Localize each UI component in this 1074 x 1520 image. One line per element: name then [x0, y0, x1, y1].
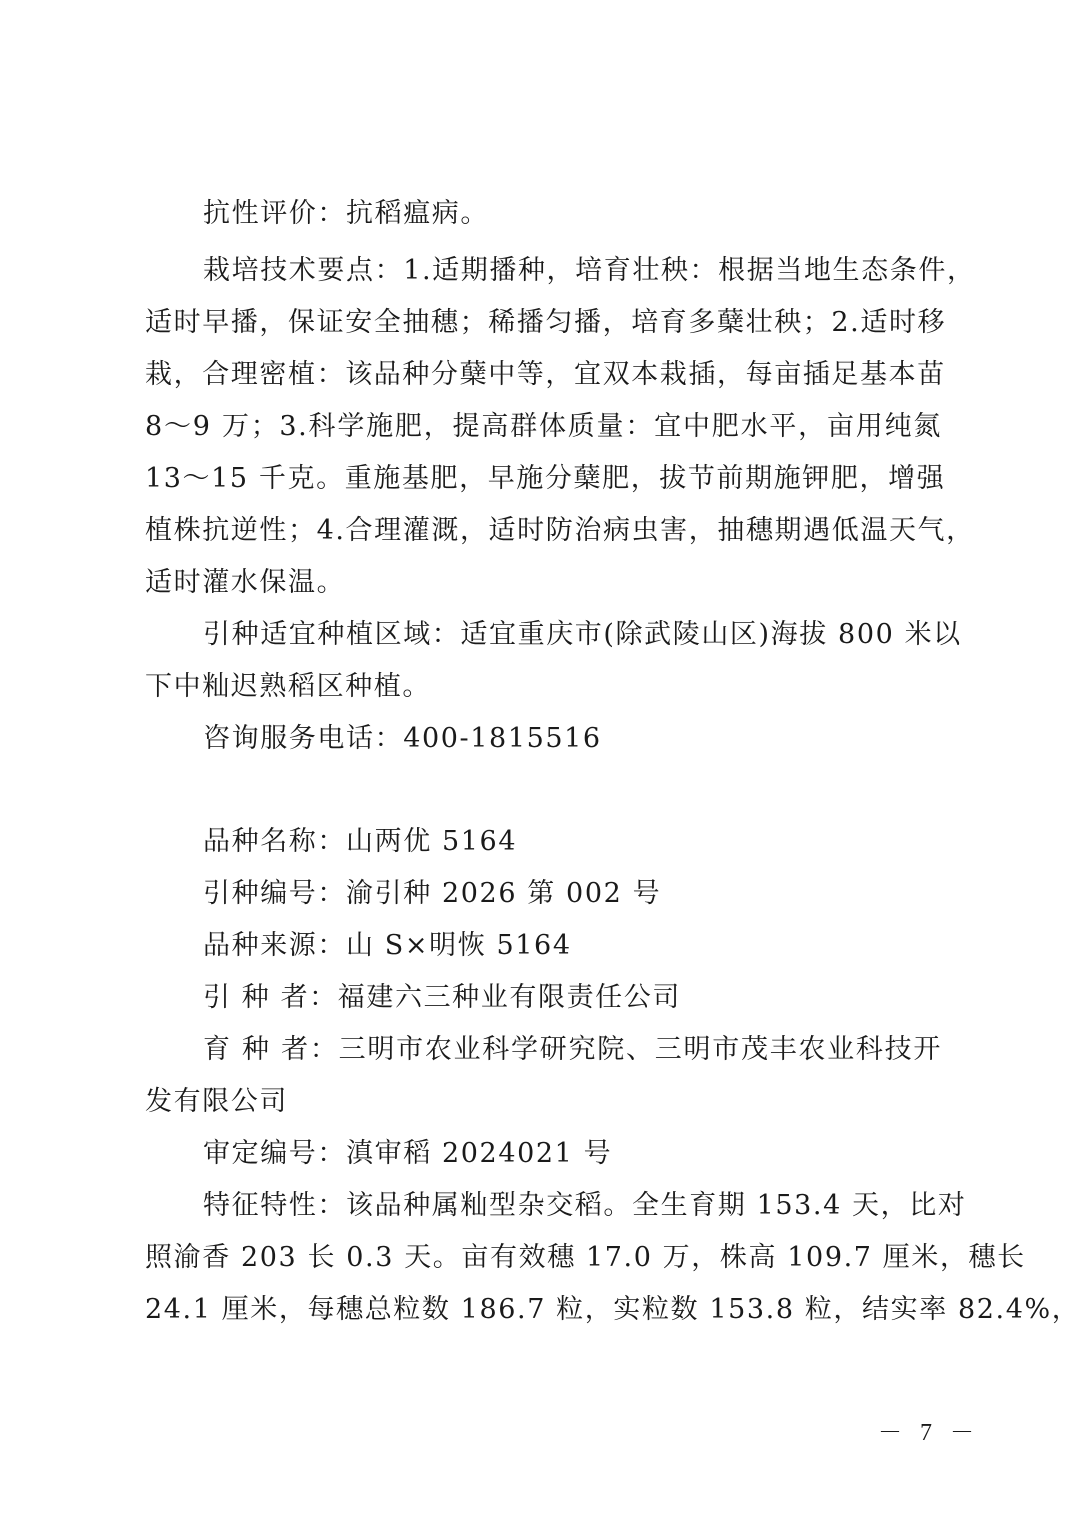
breeder-line: 育 种 者：三明市农业科学研究院、三明市茂丰农业科技开	[203, 1033, 942, 1067]
breeder-line: 发有限公司	[145, 1085, 942, 1119]
cultivation-line: 栽，合理密植：该品种分蘖中等，宜双本栽插，每亩插足基本苗	[145, 358, 942, 392]
characteristics-line: 24.1 厘米，每穗总粒数 186.7 粒，实粒数 153.8 粒，结实率 82…	[145, 1293, 942, 1327]
characteristics-line: 照渝香 203 长 0.3 天。亩有效穗 17.0 万，株高 109.7 厘米，…	[145, 1241, 942, 1275]
approval-number: 审定编号：滇审稻 2024021 号	[203, 1137, 942, 1171]
resistance-evaluation: 抗性评价：抗稻瘟病。	[203, 197, 942, 231]
cultivation-line: 适时早播，保证安全抽穗；稀播匀播，培育多蘖壮秧；2.适时移	[145, 306, 942, 340]
introduction-number: 引种编号：渝引种 2026 第 002 号	[203, 877, 942, 911]
introducer: 引 种 者：福建六三种业有限责任公司	[203, 981, 942, 1015]
suitable-region-line: 下中籼迟熟稻区种植。	[145, 670, 942, 704]
page-number: － 7 －	[878, 1412, 980, 1447]
cultivation-line: 8～9 万；3.科学施肥，提高群体质量：宜中肥水平，亩用纯氮	[145, 410, 942, 444]
cultivation-line: 植株抗逆性；4.合理灌溉，适时防治病虫害，抽穗期遇低温天气，	[145, 514, 942, 548]
cultivation-line: 栽培技术要点：1.适期播种，培育壮秧：根据当地生态条件，	[203, 254, 942, 288]
suitable-region-line: 引种适宜种植区域：适宜重庆市(除武陵山区)海拔 800 米以	[203, 618, 942, 652]
variety-name: 品种名称：山两优 5164	[203, 825, 942, 859]
characteristics-line: 特征特性：该品种属籼型杂交稻。全生育期 153.4 天，比对	[203, 1189, 942, 1223]
cultivation-line: 13～15 千克。重施基肥，早施分蘖肥，拔节前期施钾肥，增强	[145, 462, 942, 496]
service-hotline: 咨询服务电话：400-1815516	[203, 722, 942, 756]
cultivation-line: 适时灌水保温。	[145, 566, 942, 600]
variety-source: 品种来源：山 S×明恢 5164	[203, 929, 942, 963]
document-page: 抗性评价：抗稻瘟病。 栽培技术要点：1.适期播种，培育壮秧：根据当地生态条件， …	[0, 0, 1074, 1520]
